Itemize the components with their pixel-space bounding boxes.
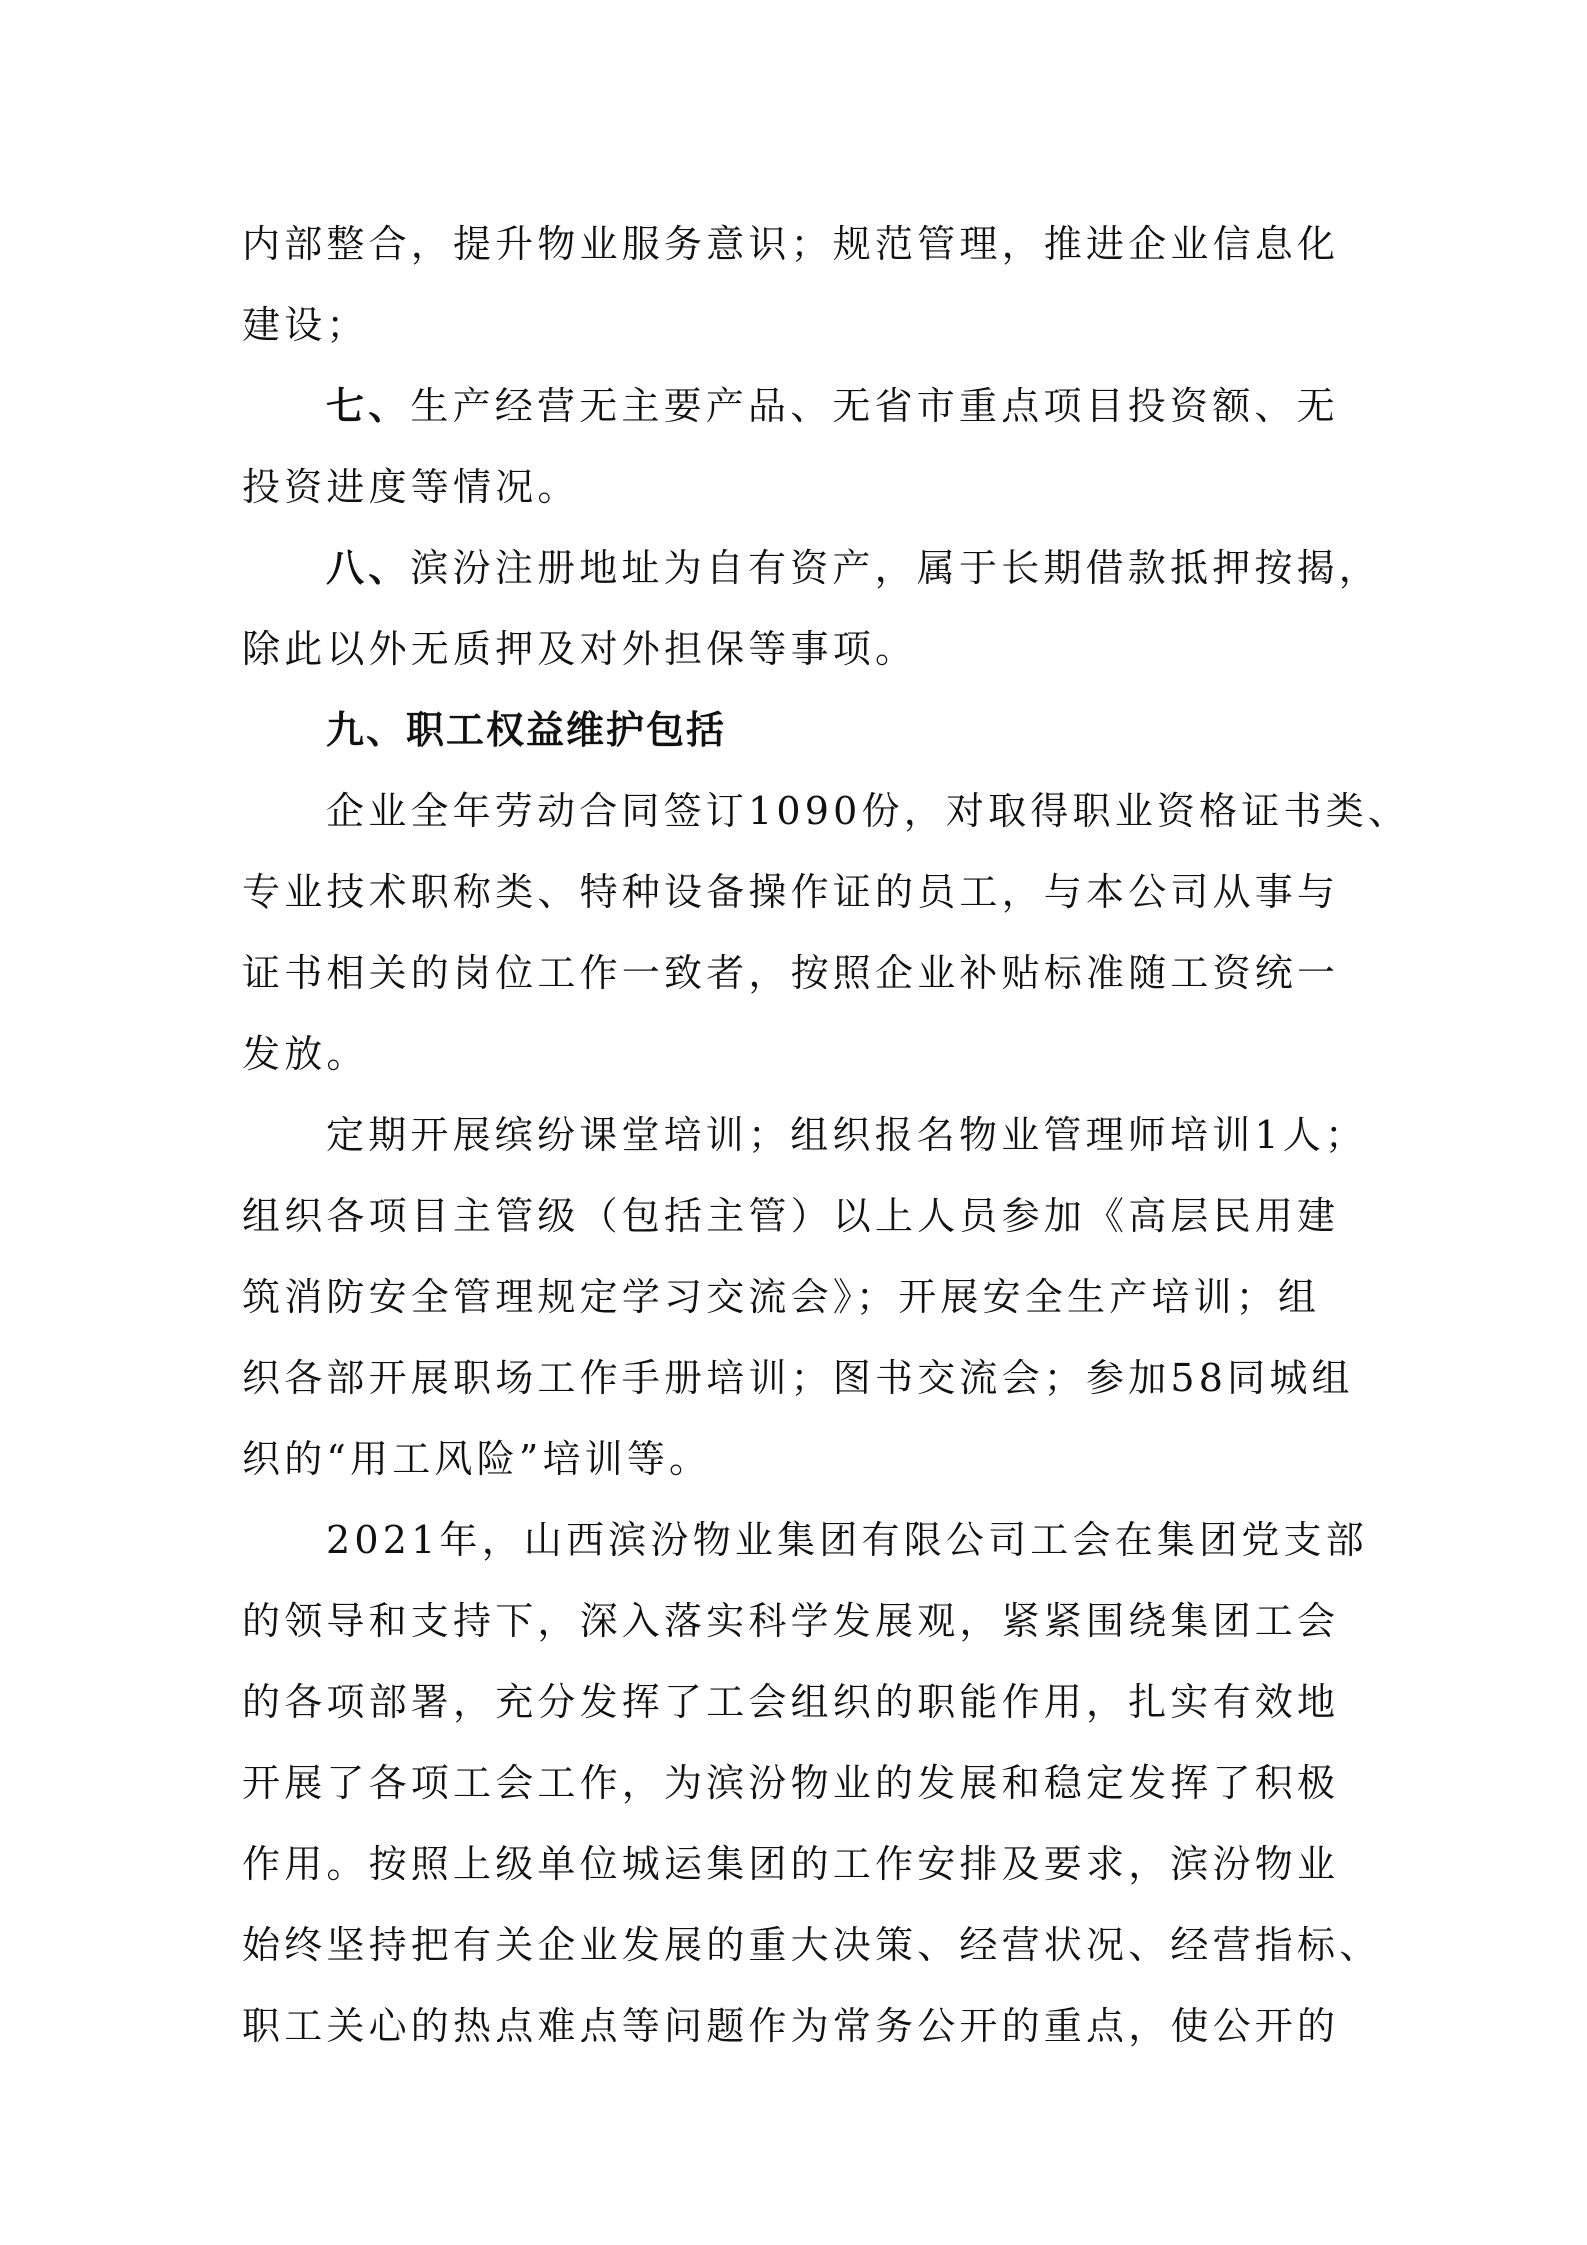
paragraph-line: 专业技术职称类、特种设备操作证的员工，与本公司从事与 [242, 862, 1362, 922]
paragraph-line: 织各部开展职场工作手册培训；图书交流会；参加58同城组 [242, 1348, 1362, 1408]
section-7-line: 七、生产经营无主要产品、无省市重点项目投资额、无 [326, 376, 1362, 436]
section-text: 生产经营无主要产品、无省市重点项目投资额、无 [410, 384, 1338, 428]
paragraph-line: 的领导和支持下，深入落实科学发展观，紧紧围绕集团工会 [242, 1591, 1362, 1651]
paragraph-line: 投资进度等情况。 [242, 457, 1362, 517]
paragraph-line: 证书相关的岗位工作一致者，按照企业补贴标准随工资统一 [242, 943, 1362, 1003]
document-page: 内部整合，提升物业服务意识；规范管理，推进企业信息化 建设； 七、生产经营无主要… [0, 0, 1587, 2245]
paragraph-line: 除此以外无质押及对外担保等事项。 [242, 619, 1362, 679]
paragraph-line: 作用。按照上级单位城运集团的工作安排及要求，滨汾物业 [242, 1834, 1362, 1894]
paragraph-line: 筑消防安全管理规定学习交流会》；开展安全生产培训；组 [242, 1267, 1362, 1327]
paragraph-line: 定期开展缤纷课堂培训；组织报名物业管理师培训1人； [326, 1105, 1362, 1165]
section-9-heading: 九、职工权益维护包括 [326, 700, 1362, 760]
paragraph-line: 始终坚持把有关企业发展的重大决策、经营状况、经营指标、 [242, 1915, 1362, 1975]
paragraph-line: 组织各项目主管级（包括主管）以上人员参加《高层民用建 [242, 1186, 1362, 1246]
section-number: 七、 [326, 383, 410, 428]
paragraph-line: 建设； [242, 295, 1362, 355]
section-text: 滨汾注册地址为自有资产，属于长期借款抵押按揭， [410, 546, 1381, 590]
paragraph-line: 2021年，山西滨汾物业集团有限公司工会在集团党支部 [326, 1510, 1362, 1570]
paragraph-line: 开展了各项工会工作，为滨汾物业的发展和稳定发挥了积极 [242, 1753, 1362, 1813]
section-8-line: 八、滨汾注册地址为自有资产，属于长期借款抵押按揭， [326, 538, 1362, 598]
paragraph-line: 织的“用工风险”培训等。 [242, 1429, 1362, 1489]
paragraph-line: 职工关心的热点难点等问题作为常务公开的重点，使公开的 [242, 1996, 1362, 2056]
paragraph-line: 企业全年劳动合同签订1090份，对取得职业资格证书类、 [326, 781, 1362, 841]
paragraph-line: 内部整合，提升物业服务意识；规范管理，推进企业信息化 [242, 214, 1362, 274]
paragraph-line: 发放。 [242, 1024, 1362, 1084]
paragraph-line: 的各项部署，充分发挥了工会组织的职能作用，扎实有效地 [242, 1672, 1362, 1732]
section-number: 八、 [326, 545, 410, 590]
